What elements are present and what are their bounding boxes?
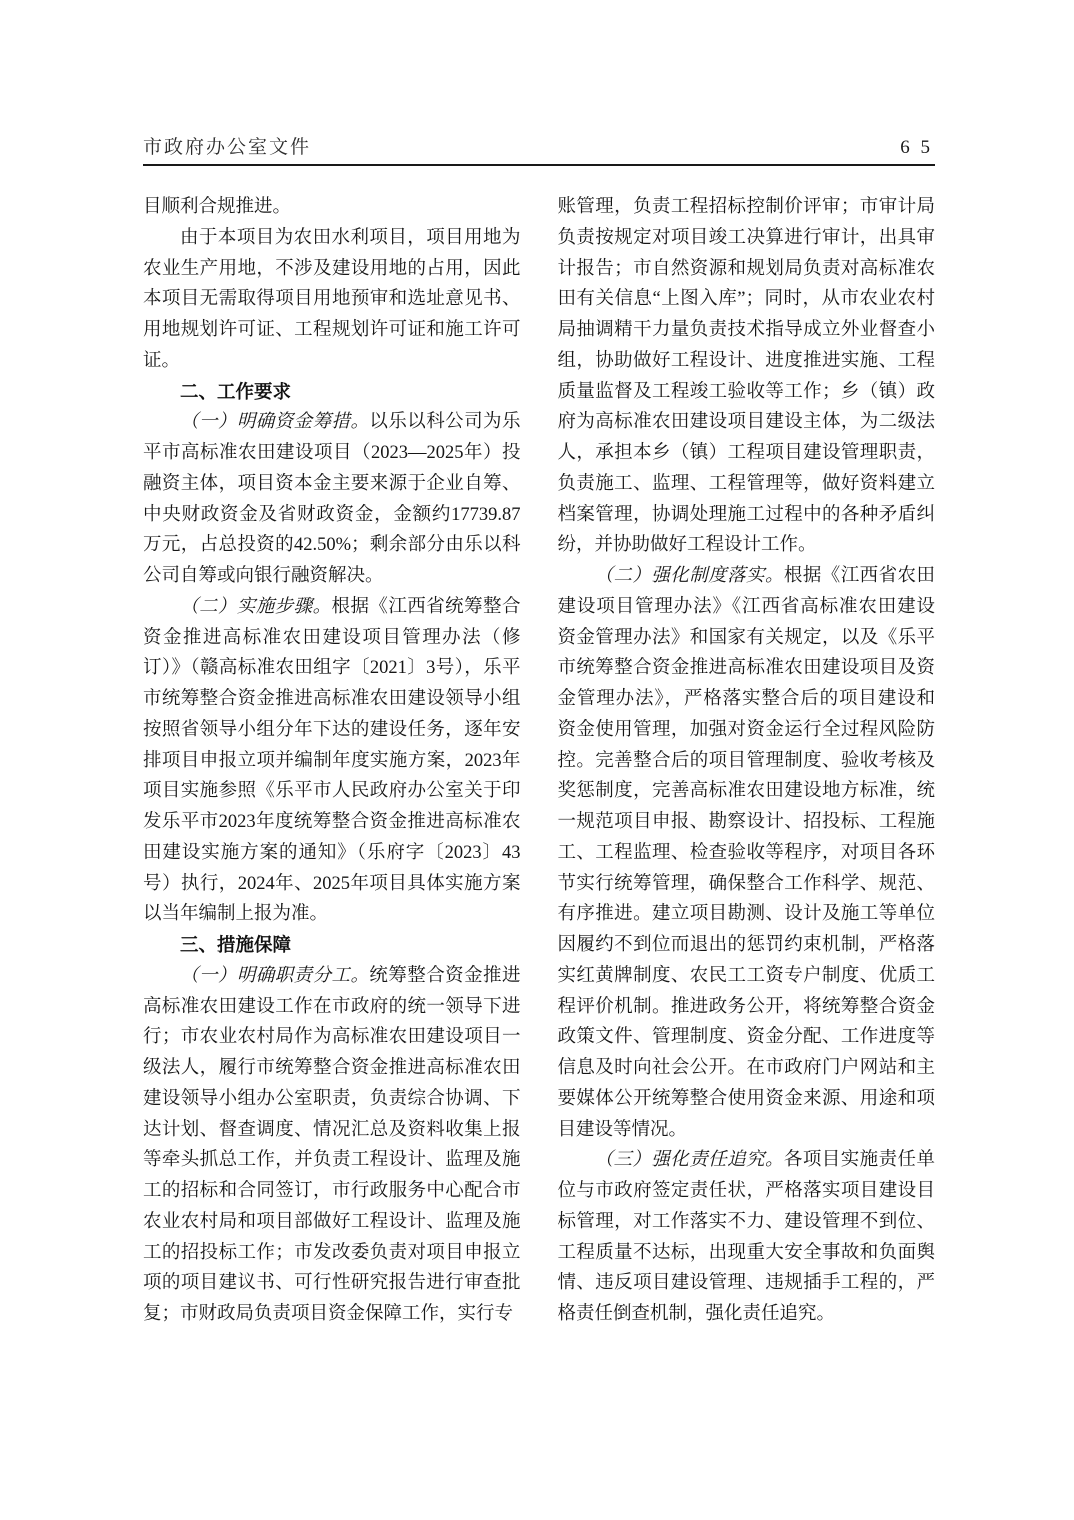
- document-body: 目顺利合规推进。由于本项目为农田水利项目，项目用地为农业生产用地，不涉及建设用地…: [143, 192, 935, 1330]
- paragraph: （二）强化制度落实。根据《江西省农田建设项目管理办法》《江西省高标准农田建设资金…: [558, 561, 936, 1145]
- paragraph-lead: （二）实施步骤。: [180, 597, 332, 617]
- paragraph: （三）强化责任追究。各项目实施责任单位与市政府签定责任状，严格落实项目建设目标管…: [558, 1145, 936, 1330]
- section-heading: 二、工作要求: [143, 377, 521, 408]
- paragraph-lead: （一）明确资金筹措。: [180, 412, 369, 432]
- paragraph-lead: （三）强化责任追究。: [595, 1150, 784, 1170]
- document-page: 市政府办公室文件 6 5 目顺利合规推进。由于本项目为农田水利项目，项目用地为农…: [0, 0, 1074, 1520]
- paragraph-lead: （二）强化制度落实。: [595, 566, 784, 586]
- header-page-number: 6 5: [900, 137, 935, 159]
- paragraph: 由于本项目为农田水利项目，项目用地为农业生产用地，不涉及建设用地的占用，因此本项…: [143, 223, 521, 377]
- paragraph: 账管理，负责工程招标控制价评审；市审计局负责按规定对项目竣工决算进行审计，出具审…: [558, 192, 936, 561]
- paragraph: （二）实施步骤。根据《江西省统筹整合资金推进高标准农田建设项目管理办法（修订）》…: [143, 592, 521, 930]
- right-column: 账管理，负责工程招标控制价评审；市审计局负责按规定对项目竣工决算进行审计，出具审…: [558, 192, 936, 1330]
- page-header: 市政府办公室文件 6 5: [143, 132, 935, 159]
- header-rule: [143, 164, 935, 166]
- section-heading: 三、措施保障: [143, 930, 521, 961]
- paragraph-lead: （一）明确职责分工。: [180, 966, 369, 986]
- left-column: 目顺利合规推进。由于本项目为农田水利项目，项目用地为农业生产用地，不涉及建设用地…: [143, 192, 521, 1330]
- paragraph: （一）明确资金筹措。以乐以科公司为乐平市高标准农田建设项目（2023—2025年…: [143, 407, 521, 592]
- paragraph: 目顺利合规推进。: [143, 192, 521, 223]
- paragraph: （一）明确职责分工。统筹整合资金推进高标准农田建设工作在市政府的统一领导下进行；…: [143, 961, 521, 1330]
- header-doc-type: 市政府办公室文件: [143, 132, 311, 159]
